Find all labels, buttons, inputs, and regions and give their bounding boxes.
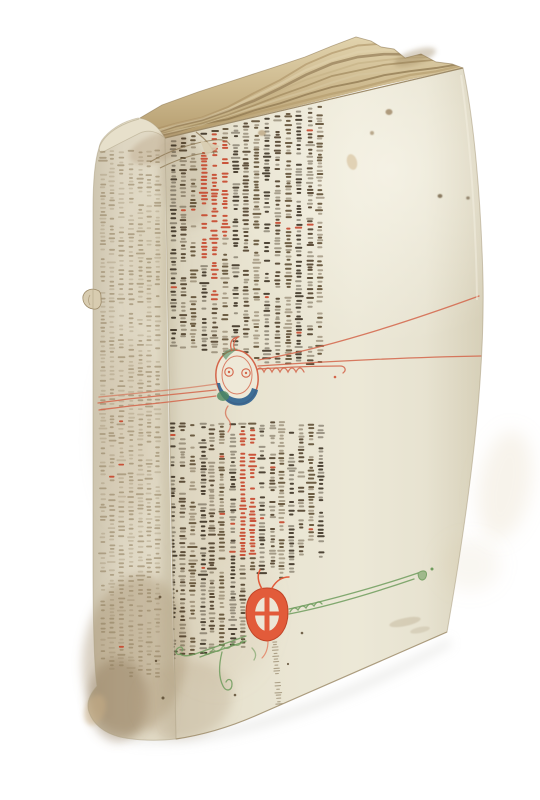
wormhole: [176, 590, 178, 592]
stain: [440, 539, 500, 591]
wormhole: [301, 632, 304, 635]
wormhole: [155, 660, 157, 662]
photo-stage: Medieval manuscript book bound in a reus…: [0, 0, 540, 800]
wormhole: [162, 697, 165, 700]
green-dot: [431, 568, 434, 571]
initial-eye-dot-right: [245, 372, 247, 374]
wormhole: [287, 663, 289, 665]
stain: [466, 196, 470, 199]
initial-green-blob: [217, 391, 229, 401]
stain: [386, 109, 393, 115]
stain: [161, 150, 175, 730]
book-photo-svg: [0, 0, 540, 800]
stain: [438, 194, 443, 198]
stain: [370, 131, 374, 135]
wormhole: [159, 596, 162, 599]
penwork-red-fleck: [334, 376, 337, 379]
green-leaf-tip: [418, 571, 427, 580]
initial-eye-dot-left: [228, 371, 230, 373]
wormhole: [234, 694, 237, 697]
red-initial-bar-horizontal: [250, 612, 284, 616]
